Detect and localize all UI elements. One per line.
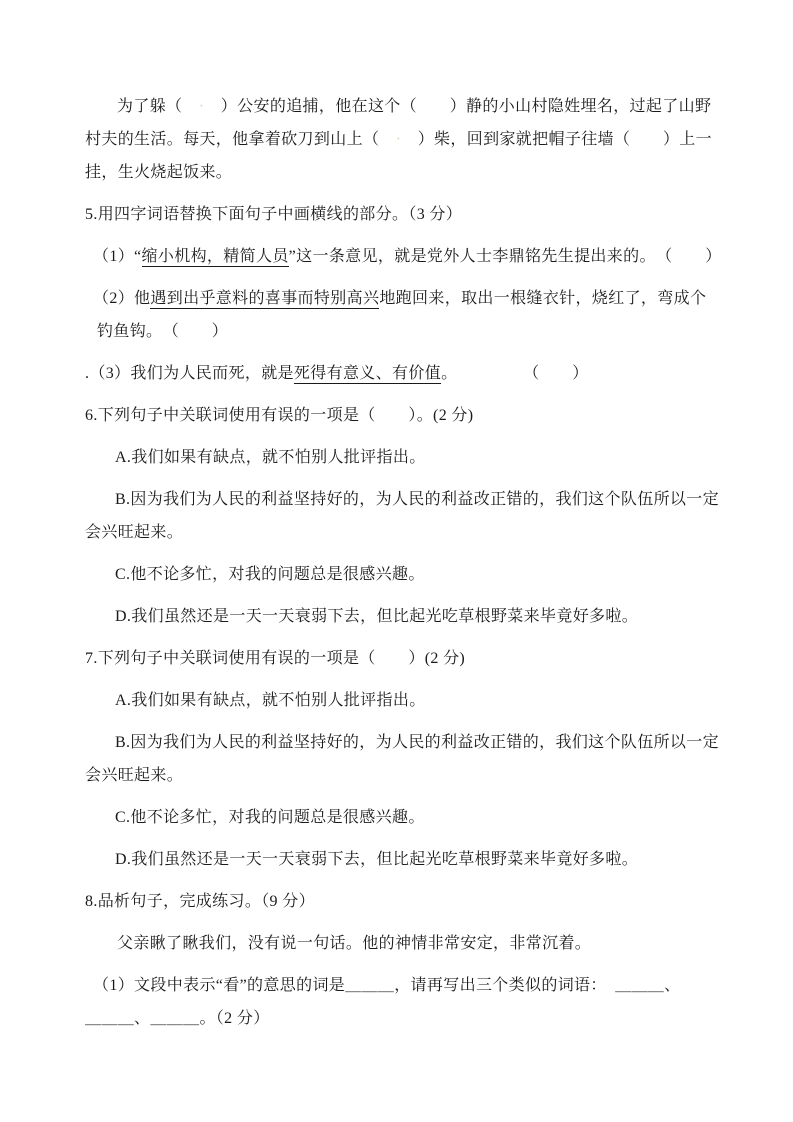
question-7-option-b-continuation: 会兴旺起来。 (85, 759, 738, 792)
intro-paragraph-line-1: 为了躲（ · ）公安的追捕，他在这个（ ）静的小山村隐姓埋名，过起了山野 (85, 90, 738, 123)
intro-paragraph-line-3: 挂，生火烧起饭来。 (85, 156, 738, 189)
item-text-segment: 地跑回来，取出一根缝衣针，烧红了，弯成个 (379, 290, 706, 307)
question-8-item-1-line-2: ＿＿＿、＿＿＿。（2 分） (85, 1002, 738, 1035)
question-7-title: 7.下列句子中关联词使用有误的一项是（ ）(2 分) (85, 642, 738, 675)
underlined-phrase: 遇到出乎意料的喜事而特别高兴 (150, 290, 379, 309)
question-8-title: 8.品析句子，完成练习。（9 分） (85, 885, 738, 918)
question-6-option-c: C.他不论多忙，对我的问题总是很感兴趣。 (85, 558, 738, 591)
question-8-item-1-line-1: （1）文段中表示“看”的意思的词是＿＿＿，请再写出三个类似的词语： ＿＿＿、 (85, 969, 738, 1002)
question-8-quoted-sentence: 父亲瞅了瞅我们，没有说一句话。他的神情非常安定，非常沉着。 (85, 927, 738, 960)
question-6-option-b-continuation: 会兴旺起来。 (85, 516, 738, 549)
question-6-option-b: B.因为我们为人民的利益坚持好的，为人民的利益改正错的，我们这个队伍所以一定 (85, 483, 738, 516)
question-7-option-a: A.我们如果有缺点，就不怕别人批评指出。 (85, 684, 738, 717)
item-text-segment: （1）“ (93, 248, 142, 265)
question-7-option-b: B.因为我们为人民的利益坚持好的，为人民的利益改正错的，我们这个队伍所以一定 (85, 726, 738, 759)
item-text-segment: 。 （ ） (441, 365, 589, 382)
underlined-phrase: 缩小机构，精简人员 (142, 248, 289, 267)
intro-paragraph: 为了躲（ · ）公安的追捕，他在这个（ ）静的小山村隐姓埋名，过起了山野 村夫的… (85, 90, 738, 189)
question-6-option-d: D.我们虽然还是一天一天衰弱下去，但比起光吃草根野菜来毕竟好多啦。 (85, 600, 738, 633)
question-7-option-d: D.我们虽然还是一天一天衰弱下去，但比起光吃草根野菜来毕竟好多啦。 (85, 843, 738, 876)
intro-paragraph-line-2: 村夫的生活。每天，他拿着砍刀到山上（ · ）柴，回到家就把帽子往墙（ ）上一 (85, 123, 738, 156)
question-5: 5.用四字词语替换下面句子中画横线的部分。（3 分） （1）“缩小机构，精简人员… (85, 198, 738, 390)
intro-text-segment: 村夫的生活。每天，他拿着砍刀到山上（ (85, 131, 396, 148)
question-5-item-2: （2）他遇到出乎意料的喜事而特别高兴地跑回来，取出一根缝衣针，烧红了，弯成个 (85, 282, 738, 315)
question-6-title: 6.下列句子中关联词使用有误的一项是（ ）。(2 分) (85, 399, 738, 432)
underlined-phrase: 死得有意义、有价值 (294, 365, 441, 384)
question-5-item-1: （1）“缩小机构，精简人员”这一条意见，就是党外人士李鼎铭先生提出来的。 （ ） (85, 240, 738, 273)
question-5-item-3: .（3）我们为人民而死，就是死得有意义、有价值。 （ ） (85, 357, 738, 390)
question-7-option-c: C.他不论多忙，对我的问题总是很感兴趣。 (85, 801, 738, 834)
question-5-item-2-continuation: 钓鱼钩。 （ ） (85, 315, 738, 348)
question-5-title: 5.用四字词语替换下面句子中画横线的部分。（3 分） (85, 198, 738, 231)
question-7: 7.下列句子中关联词使用有误的一项是（ ）(2 分) A.我们如果有缺点，就不怕… (85, 642, 738, 876)
intro-text-segment: 为了躲（ (117, 98, 199, 115)
question-6-option-a: A.我们如果有缺点，就不怕别人批评指出。 (85, 441, 738, 474)
question-6: 6.下列句子中关联词使用有误的一项是（ ）。(2 分) A.我们如果有缺点，就不… (85, 399, 738, 633)
intro-text-segment: ）公安的追捕，他在这个（ ）静的小山村隐姓埋名，过起了山野 (204, 98, 711, 115)
item-text-segment: ”这一条意见，就是党外人士李鼎铭先生提出来的。 （ ） (289, 248, 722, 265)
question-8: 8.品析句子，完成练习。（9 分） 父亲瞅了瞅我们，没有说一句话。他的神情非常安… (85, 885, 738, 1035)
item-text-segment: .（3）我们为人民而死，就是 (85, 365, 294, 382)
item-text-segment: （2）他 (93, 290, 150, 307)
exam-document-page: 为了躲（ · ）公安的追捕，他在这个（ ）静的小山村隐姓埋名，过起了山野 村夫的… (0, 0, 793, 1122)
intro-text-segment: ）柴，回到家就把帽子往墙（ ）上一 (401, 131, 712, 148)
